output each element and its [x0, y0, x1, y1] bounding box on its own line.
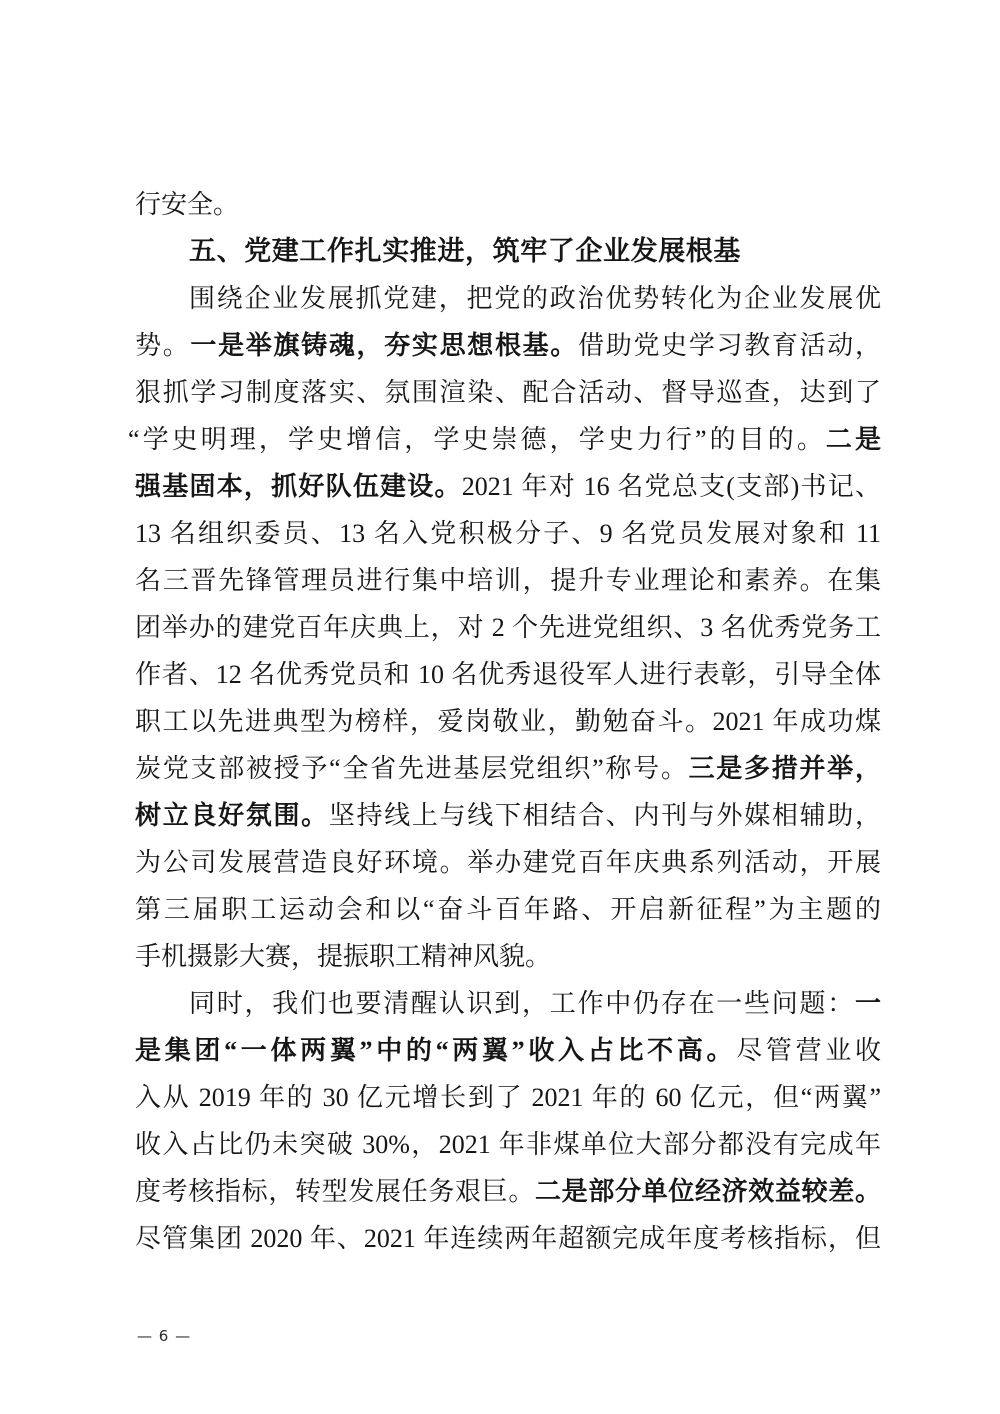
- emphasis-text-run: 三是多措并举，: [689, 754, 881, 783]
- text-line: 入从 2019 年的 30 亿元增长到了 2021 年的 60 亿元，但“两翼”: [135, 1074, 881, 1121]
- text-run: 狠抓学习制度落实、氛围渲染、配合活动、督导巡查，达到了: [135, 378, 881, 407]
- text-line: 度考核指标，转型发展任务艰巨。二是部分单位经济效益较差。: [135, 1168, 881, 1215]
- text-run: 尽管集团 2020 年、2021 年连续两年超额完成年度考核指标，但: [135, 1224, 881, 1253]
- emphasis-text-run: 五、党建工作扎实推进，筑牢了企业发展根基: [189, 236, 741, 266]
- text-run: 2021 年对 16 名党总支(支部)书记、: [462, 472, 881, 501]
- text-line: 是集团“一体两翼”中的“两翼”收入占比不高。尽管营业收: [135, 1027, 881, 1074]
- emphasis-text-run: 树立良好氛围。: [135, 801, 329, 830]
- text-line: 团举办的建党百年庆典上，对 2 个先进党组织、3 名优秀党务工: [135, 604, 881, 651]
- text-line: 炭党支部被授予“全省先进基层党组织”称号。三是多措并举，: [135, 745, 881, 792]
- text-line: 行安全。: [135, 181, 881, 228]
- text-run: 第三届职工运动会和以“奋斗百年路、开启新征程”为主题的: [135, 895, 881, 924]
- emphasis-text-run: 一: [855, 989, 881, 1018]
- text-line: 围绕企业发展抓党建，把党的政治优势转化为企业发展优: [135, 275, 881, 322]
- text-run: 度考核指标，转型发展任务艰巨。: [135, 1177, 535, 1206]
- emphasis-text-run: 是集团“一体两翼”中的“两翼”收入占比不高。: [135, 1036, 736, 1065]
- text-run: 团举办的建党百年庆典上，对 2 个先进党组织、3 名优秀党务工: [135, 613, 881, 642]
- text-run: 职工以先进典型为榜样，爱岗敬业，勤勉奋斗。2021 年成功煤: [135, 707, 881, 736]
- page-number: — 6 —: [137, 1327, 191, 1345]
- text-line: “学史明理，学史增信，学史崇德，学史力行”的目的。二是: [128, 416, 881, 463]
- text-run: “学史明理，学史增信，学史崇德，学史力行”的目的。: [128, 425, 826, 454]
- text-line: 13 名组织委员、13 名入党积极分子、9 名党员发展对象和 11: [135, 510, 881, 557]
- text-run: 入从 2019 年的 30 亿元增长到了 2021 年的 60 亿元，但“两翼”: [135, 1083, 881, 1112]
- text-line: 强基固本，抓好队伍建设。2021 年对 16 名党总支(支部)书记、: [135, 463, 881, 510]
- text-run: 行安全。: [135, 190, 239, 219]
- text-run: 手机摄影大赛，提振职工精神风貌。: [135, 942, 551, 971]
- emphasis-text-run: 强基固本，抓好队伍建设。: [135, 472, 462, 501]
- text-line: 同时，我们也要清醒认识到，工作中仍存在一些问题：一: [135, 980, 881, 1027]
- text-run: 名三晋先锋管理员进行集中培训，提升专业理论和素养。在集: [135, 566, 881, 595]
- emphasis-text-run: 二是: [826, 425, 881, 454]
- text-run: 同时，我们也要清醒认识到，工作中仍存在一些问题：: [189, 989, 855, 1018]
- text-run: 为公司发展营造良好环境。举办建党百年庆典系列活动，开展: [135, 848, 881, 877]
- emphasis-text-run: 二是部分单位经济效益较差。: [535, 1177, 881, 1206]
- text-run: 借助党史学习教育活动，: [578, 331, 881, 360]
- text-line: 手机摄影大赛，提振职工精神风貌。: [135, 933, 881, 980]
- text-line: 尽管集团 2020 年、2021 年连续两年超额完成年度考核指标，但: [135, 1215, 881, 1262]
- text-run: 13 名组织委员、13 名入党积极分子、9 名党员发展对象和 11: [135, 519, 881, 548]
- text-line: 树立良好氛围。坚持线上与线下相结合、内刊与外媒相辅助，: [135, 792, 881, 839]
- document-page: 行安全。五、党建工作扎实推进，筑牢了企业发展根基围绕企业发展抓党建，把党的政治优…: [0, 0, 1000, 1414]
- text-line: 作者、12 名优秀党员和 10 名优秀退役军人进行表彰，引导全体: [135, 651, 881, 698]
- text-line: 职工以先进典型为榜样，爱岗敬业，勤勉奋斗。2021 年成功煤: [135, 698, 881, 745]
- text-run: 势。: [135, 331, 190, 360]
- text-line: 为公司发展营造良好环境。举办建党百年庆典系列活动，开展: [135, 839, 881, 886]
- text-line: 狠抓学习制度落实、氛围渲染、配合活动、督导巡查，达到了: [135, 369, 881, 416]
- emphasis-text-run: 一是举旗铸魂，夯实思想根基。: [190, 331, 578, 360]
- text-line: 第三届职工运动会和以“奋斗百年路、开启新征程”为主题的: [135, 886, 881, 933]
- text-run: 围绕企业发展抓党建，把党的政治优势转化为企业发展优: [189, 284, 881, 313]
- text-block: 行安全。五、党建工作扎实推进，筑牢了企业发展根基围绕企业发展抓党建，把党的政治优…: [135, 181, 881, 1262]
- text-line: 名三晋先锋管理员进行集中培训，提升专业理论和素养。在集: [135, 557, 881, 604]
- text-run: 坚持线上与线下相结合、内刊与外媒相辅助，: [329, 801, 881, 830]
- section-heading: 五、党建工作扎实推进，筑牢了企业发展根基: [135, 228, 881, 275]
- text-line: 势。一是举旗铸魂，夯实思想根基。借助党史学习教育活动，: [135, 322, 881, 369]
- page-footer: — 6 —: [137, 1327, 191, 1345]
- text-run: 尽管营业收: [736, 1036, 881, 1065]
- text-run: 作者、12 名优秀党员和 10 名优秀退役军人进行表彰，引导全体: [135, 660, 881, 689]
- text-line: 收入占比仍未突破 30%，2021 年非煤单位大部分都没有完成年: [135, 1121, 881, 1168]
- text-run: 收入占比仍未突破 30%，2021 年非煤单位大部分都没有完成年: [135, 1130, 881, 1159]
- text-run: 炭党支部被授予“全省先进基层党组织”称号。: [135, 754, 689, 783]
